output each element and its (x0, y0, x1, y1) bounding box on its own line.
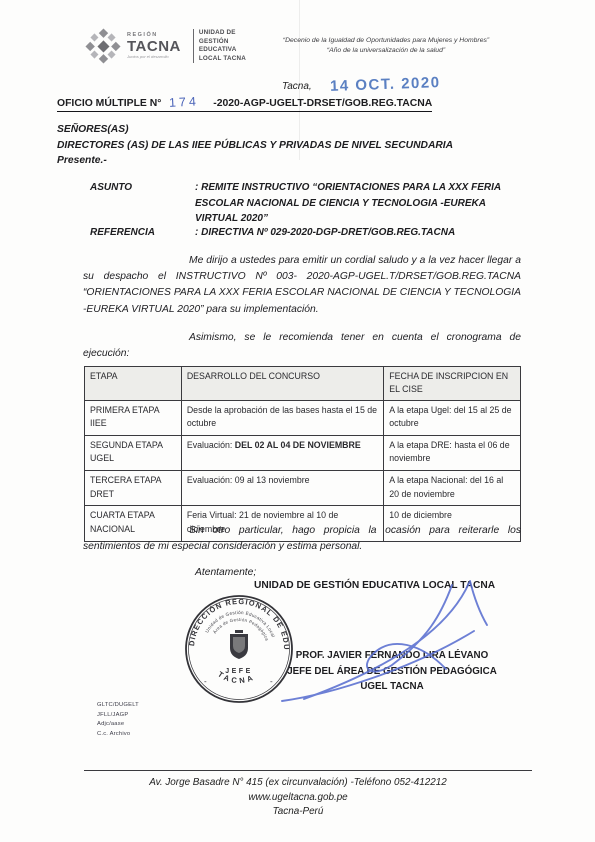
ref-line: Adjc/aase (97, 720, 139, 730)
ref-line: GLTC/DUGELT (97, 701, 139, 711)
logo-region-name: TACNA (127, 39, 181, 54)
footer-city: Tacna-Perú (58, 805, 538, 820)
cell-fecha: A la etapa Ugel: del 15 al 25 de octubre (384, 400, 521, 435)
reference-label: REFERENCIA (90, 225, 195, 241)
cell-text-bold: DEL 02 AL 04 DE NOVIEMBRE (235, 440, 361, 450)
date-stamp: 14 OCT. 2020 (329, 74, 440, 95)
motto-line-2: “Año de la universalización de la salud” (248, 46, 524, 56)
header-fecha: FECHA DE INSCRIPCION EN EL CISE (384, 367, 521, 401)
subject-value: : REMITE INSTRUCTIVO “ORIENTACIONES PARA… (195, 180, 525, 227)
table-row: SEGUNDA ETAPA UGEL Evaluación: DEL 02 AL… (85, 435, 521, 470)
reference-initials: GLTC/DUGELT JFLL/JAGP Adjc/aase C.c. Arc… (97, 701, 139, 739)
footer: Av. Jorge Basadre N° 415 (ex circunvalac… (58, 776, 538, 820)
logo-wordmark: REGIÓN TACNA Juntos por el desarrollo (127, 33, 188, 59)
header-motto: “Decenio de la Igualdad de Oportunidades… (248, 36, 524, 56)
header-etapa: ETAPA (85, 367, 182, 401)
cell-fecha: A la etapa DRE: hasta el 06 de noviembre (384, 435, 521, 470)
unit-line: UNIDAD DE (199, 29, 246, 38)
reference-row: REFERENCIA : DIRECTIVA Nº 029-2020-DGP-D… (90, 225, 525, 241)
ugel-unit-name: UNIDAD DE GESTIÓN EDUCATIVA LOCAL TACNA (193, 29, 246, 63)
unit-line: EDUCATIVA (199, 46, 246, 55)
recipient-block: SEÑORES(AS) DIRECTORES (AS) DE LAS IIEE … (57, 122, 453, 169)
oficio-suffix: -2020-AGP-UGELT-DRSET/GOB.REG.TACNA (213, 98, 432, 109)
recipient-line-2: DIRECTORES (AS) DE LAS IIEE PÚBLICAS Y P… (57, 138, 453, 154)
footer-website: www.ugeltacna.gob.pe (58, 791, 538, 806)
ref-line: C.c. Archivo (97, 730, 139, 740)
subject-label: ASUNTO (90, 180, 195, 227)
header-desarrollo: DESARROLLO DEL CONCURSO (181, 367, 383, 401)
header-logo: REGIÓN TACNA Juntos por el desarrollo UN… (84, 27, 246, 65)
unit-line: GESTIÓN (199, 38, 246, 47)
recipient-line-1: SEÑORES(AS) (57, 122, 453, 138)
ref-line: JFLL/JAGP (97, 711, 139, 721)
cell-desarrollo: Evaluación: 09 al 13 noviembre (181, 471, 383, 506)
place-label: Tacna, (282, 81, 312, 92)
table-header-row: ETAPA DESARROLLO DEL CONCURSO FECHA DE I… (85, 367, 521, 401)
footer-divider (84, 770, 532, 771)
oficio-handwritten-number: 174 (161, 94, 214, 111)
seal-dash-left: - (204, 677, 207, 686)
reference-value: : DIRECTIVA Nº 029-2020-DGP-DRET/GOB.REG… (195, 225, 525, 241)
cell-etapa: SEGUNDA ETAPA UGEL (85, 435, 182, 470)
recipient-line-3: Presente.- (57, 153, 453, 169)
cronograma-table: ETAPA DESARROLLO DEL CONCURSO FECHA DE I… (84, 366, 521, 542)
logo-tagline: Juntos por el desarrollo (127, 55, 181, 59)
cell-desarrollo: Desde la aprobación de las bases hasta e… (181, 400, 383, 435)
region-tacna-logo-icon (84, 27, 122, 65)
table-row: TERCERA ETAPA DRET Evaluación: 09 al 13 … (85, 471, 521, 506)
oficio-prefix: OFICIO MÚLTIPLE N° (57, 98, 161, 109)
table-row: PRIMERA ETAPA IIEE Desde la aprobación d… (85, 400, 521, 435)
footer-address: Av. Jorge Basadre N° 415 (ex circunvalac… (58, 776, 538, 791)
body-paragraph-2: Asimismo, se le recomienda tener en cuen… (83, 330, 521, 362)
oficio-number-line: OFICIO MÚLTIPLE N°174-2020-AGP-UGELT-DRS… (57, 95, 432, 112)
body-paragraph-1: Me dirijo a ustedes para emitir un cordi… (83, 253, 521, 318)
cell-text: Evaluación: (187, 440, 235, 450)
date-line: Tacna,14 OCT. 2020 (282, 76, 440, 93)
cell-etapa: TERCERA ETAPA DRET (85, 471, 182, 506)
closing-paragraph: Sin otro particular, hago propicia la oc… (83, 523, 521, 555)
document-page: REGIÓN TACNA Juntos por el desarrollo UN… (0, 0, 595, 842)
unit-line: LOCAL TACNA (199, 55, 246, 64)
cell-desarrollo: Evaluación: DEL 02 AL 04 DE NOVIEMBRE (181, 435, 383, 470)
handwritten-signature (240, 573, 505, 723)
motto-line-1: “Decenio de la Igualdad de Oportunidades… (248, 36, 524, 46)
subject-row: ASUNTO : REMITE INSTRUCTIVO “ORIENTACION… (90, 180, 525, 227)
cell-etapa: PRIMERA ETAPA IIEE (85, 400, 182, 435)
cell-fecha: A la etapa Nacional: del 16 al 20 de nov… (384, 471, 521, 506)
